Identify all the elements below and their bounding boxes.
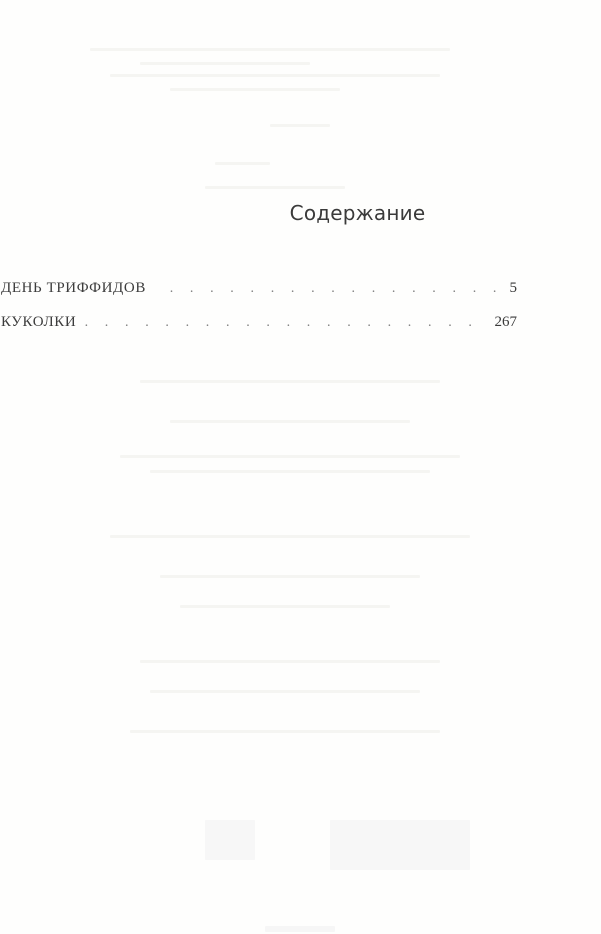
show-through-texture bbox=[215, 162, 270, 165]
show-through-texture bbox=[180, 605, 390, 608]
dot-leader: . . . . . . . . . . . . . . . . . . . . … bbox=[84, 315, 478, 331]
show-through-texture bbox=[150, 470, 430, 473]
table-of-contents: ДЕНЬ ТРИФФИДОВ . . . . . . . . . . . . .… bbox=[0, 280, 517, 348]
show-through-texture bbox=[205, 186, 345, 189]
show-through-texture bbox=[330, 820, 470, 870]
show-through-texture bbox=[110, 535, 470, 538]
show-through-texture bbox=[265, 926, 335, 932]
show-through-texture bbox=[140, 62, 310, 65]
show-through-texture bbox=[205, 820, 255, 860]
toc-entry[interactable]: ДЕНЬ ТРИФФИДОВ . . . . . . . . . . . . .… bbox=[0, 280, 517, 314]
toc-entry-page: 267 bbox=[495, 314, 518, 331]
show-through-texture bbox=[270, 124, 330, 127]
show-through-texture bbox=[110, 74, 440, 77]
toc-entry[interactable]: КУКОЛКИ . . . . . . . . . . . . . . . . … bbox=[0, 314, 517, 348]
show-through-texture bbox=[140, 660, 440, 663]
show-through-texture bbox=[160, 575, 420, 578]
show-through-texture bbox=[120, 455, 460, 458]
toc-entry-page: 5 bbox=[507, 280, 517, 297]
show-through-texture bbox=[170, 420, 410, 423]
book-page: Содержание ДЕНЬ ТРИФФИДОВ . . . . . . . … bbox=[0, 0, 601, 934]
show-through-texture bbox=[150, 690, 420, 693]
show-through-texture bbox=[140, 380, 440, 383]
show-through-texture bbox=[90, 48, 450, 51]
show-through-texture bbox=[130, 730, 440, 733]
show-through-texture bbox=[170, 88, 340, 91]
toc-entry-title: КУКОЛКИ bbox=[0, 314, 76, 331]
dot-leader: . . . . . . . . . . . . . . . . . . . . … bbox=[154, 281, 503, 297]
toc-entry-title: ДЕНЬ ТРИФФИДОВ bbox=[0, 280, 146, 297]
toc-title: Содержание bbox=[0, 201, 601, 225]
